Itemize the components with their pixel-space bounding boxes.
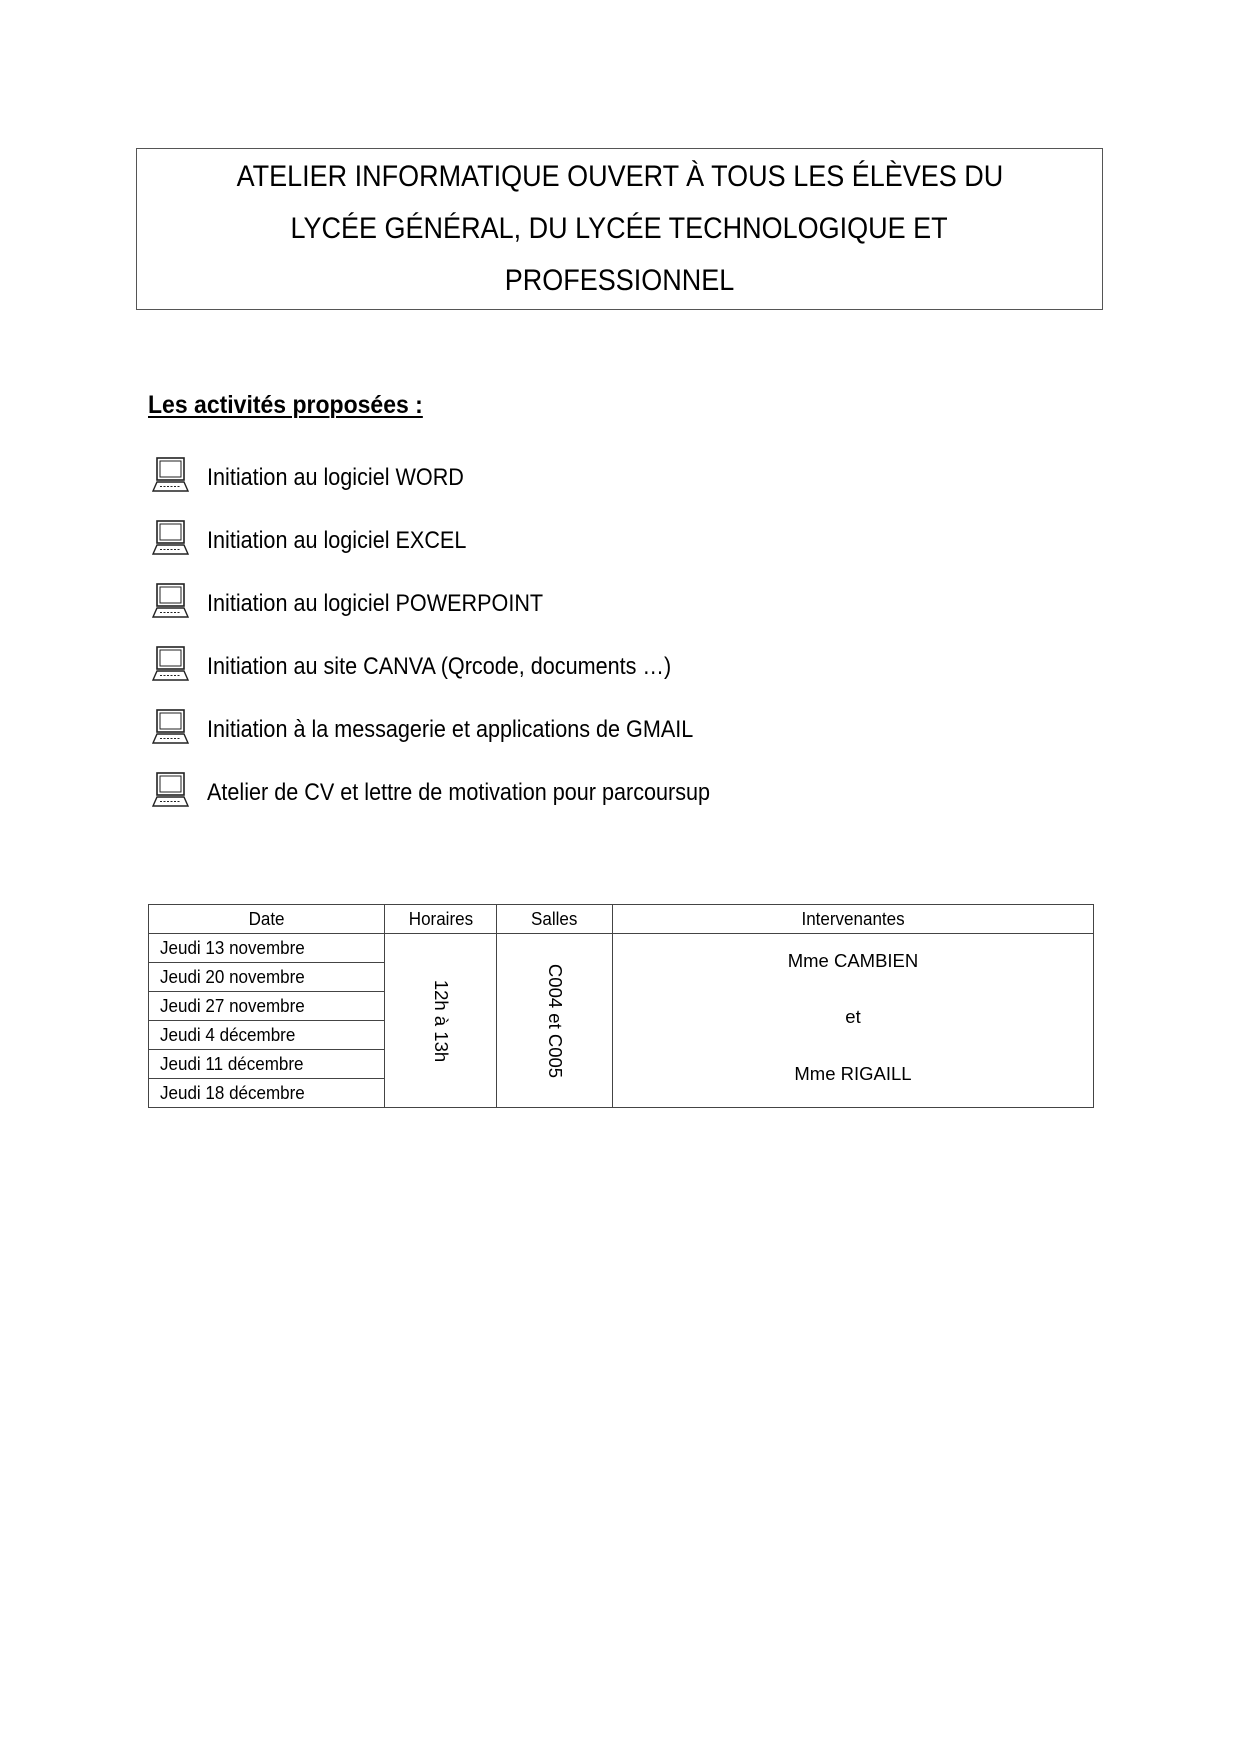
- header-horaires: Horaires: [385, 905, 497, 934]
- speaker-2: Mme RIGAILL: [613, 1061, 1093, 1087]
- activity-label: Initiation au site CANVA (Qrcode, docume…: [207, 652, 671, 682]
- intervenantes-cell: Mme CAMBIEN et Mme RIGAILL: [613, 934, 1094, 1108]
- title-line-1: ATELIER INFORMATIQUE OUVERT À TOUS LES É…: [137, 162, 1102, 192]
- header-date: Date: [149, 905, 385, 934]
- title-text-2: LYCÉE GÉNÉRAL, DU LYCÉE TECHNOLOGIQUE ET: [291, 214, 948, 244]
- activity-item: Initiation au logiciel EXCEL: [151, 520, 951, 560]
- table-header-row: Date Horaires Salles Intervenantes: [149, 905, 1094, 934]
- activity-label: Initiation au logiciel EXCEL: [207, 526, 466, 556]
- activity-item: Initiation au logiciel POWERPOINT: [151, 583, 951, 623]
- title-line-2: LYCÉE GÉNÉRAL, DU LYCÉE TECHNOLOGIQUE ET: [137, 214, 1102, 244]
- activities-heading: Les activités proposées :: [148, 391, 423, 420]
- activity-item: Initiation au logiciel WORD: [151, 457, 951, 497]
- laptop-icon: [151, 709, 191, 745]
- date-cell: Jeudi 27 novembre: [149, 992, 385, 1021]
- laptop-icon: [151, 457, 191, 493]
- salles-cell: C004 et C005: [497, 934, 613, 1108]
- speaker-separator: et: [613, 1004, 1093, 1030]
- activity-item: Initiation au site CANVA (Qrcode, docume…: [151, 646, 951, 686]
- activity-label: Initiation au logiciel WORD: [207, 463, 464, 493]
- salles-text: C004 et C005: [542, 963, 568, 1077]
- laptop-icon: [151, 646, 191, 682]
- date-cell: Jeudi 11 décembre: [149, 1050, 385, 1079]
- date-cell: Jeudi 20 novembre: [149, 963, 385, 992]
- horaires-text: 12h à 13h: [428, 979, 454, 1061]
- date-cell: Jeudi 18 décembre: [149, 1079, 385, 1108]
- activity-label: Atelier de CV et lettre de motivation po…: [207, 778, 710, 808]
- horaires-cell: 12h à 13h: [385, 934, 497, 1108]
- title-line-3: PROFESSIONNEL: [137, 266, 1102, 296]
- date-cell: Jeudi 4 décembre: [149, 1021, 385, 1050]
- schedule-table: Date Horaires Salles Intervenantes Jeudi…: [148, 904, 1094, 1108]
- title-box: ATELIER INFORMATIQUE OUVERT À TOUS LES É…: [136, 148, 1103, 310]
- speaker-1: Mme CAMBIEN: [613, 948, 1093, 974]
- laptop-icon: [151, 520, 191, 556]
- laptop-icon: [151, 772, 191, 808]
- title-text-1: ATELIER INFORMATIQUE OUVERT À TOUS LES É…: [236, 162, 1003, 192]
- table-row: Jeudi 13 novembre 12h à 13h C004 et C005…: [149, 934, 1094, 963]
- activity-item: Atelier de CV et lettre de motivation po…: [151, 772, 951, 812]
- laptop-icon: [151, 583, 191, 619]
- activity-label: Initiation à la messagerie et applicatio…: [207, 715, 693, 745]
- header-salles: Salles: [497, 905, 613, 934]
- activity-item: Initiation à la messagerie et applicatio…: [151, 709, 951, 749]
- header-intervenantes: Intervenantes: [613, 905, 1094, 934]
- date-cell: Jeudi 13 novembre: [149, 934, 385, 963]
- activity-label: Initiation au logiciel POWERPOINT: [207, 589, 543, 619]
- title-text-3: PROFESSIONNEL: [505, 266, 735, 296]
